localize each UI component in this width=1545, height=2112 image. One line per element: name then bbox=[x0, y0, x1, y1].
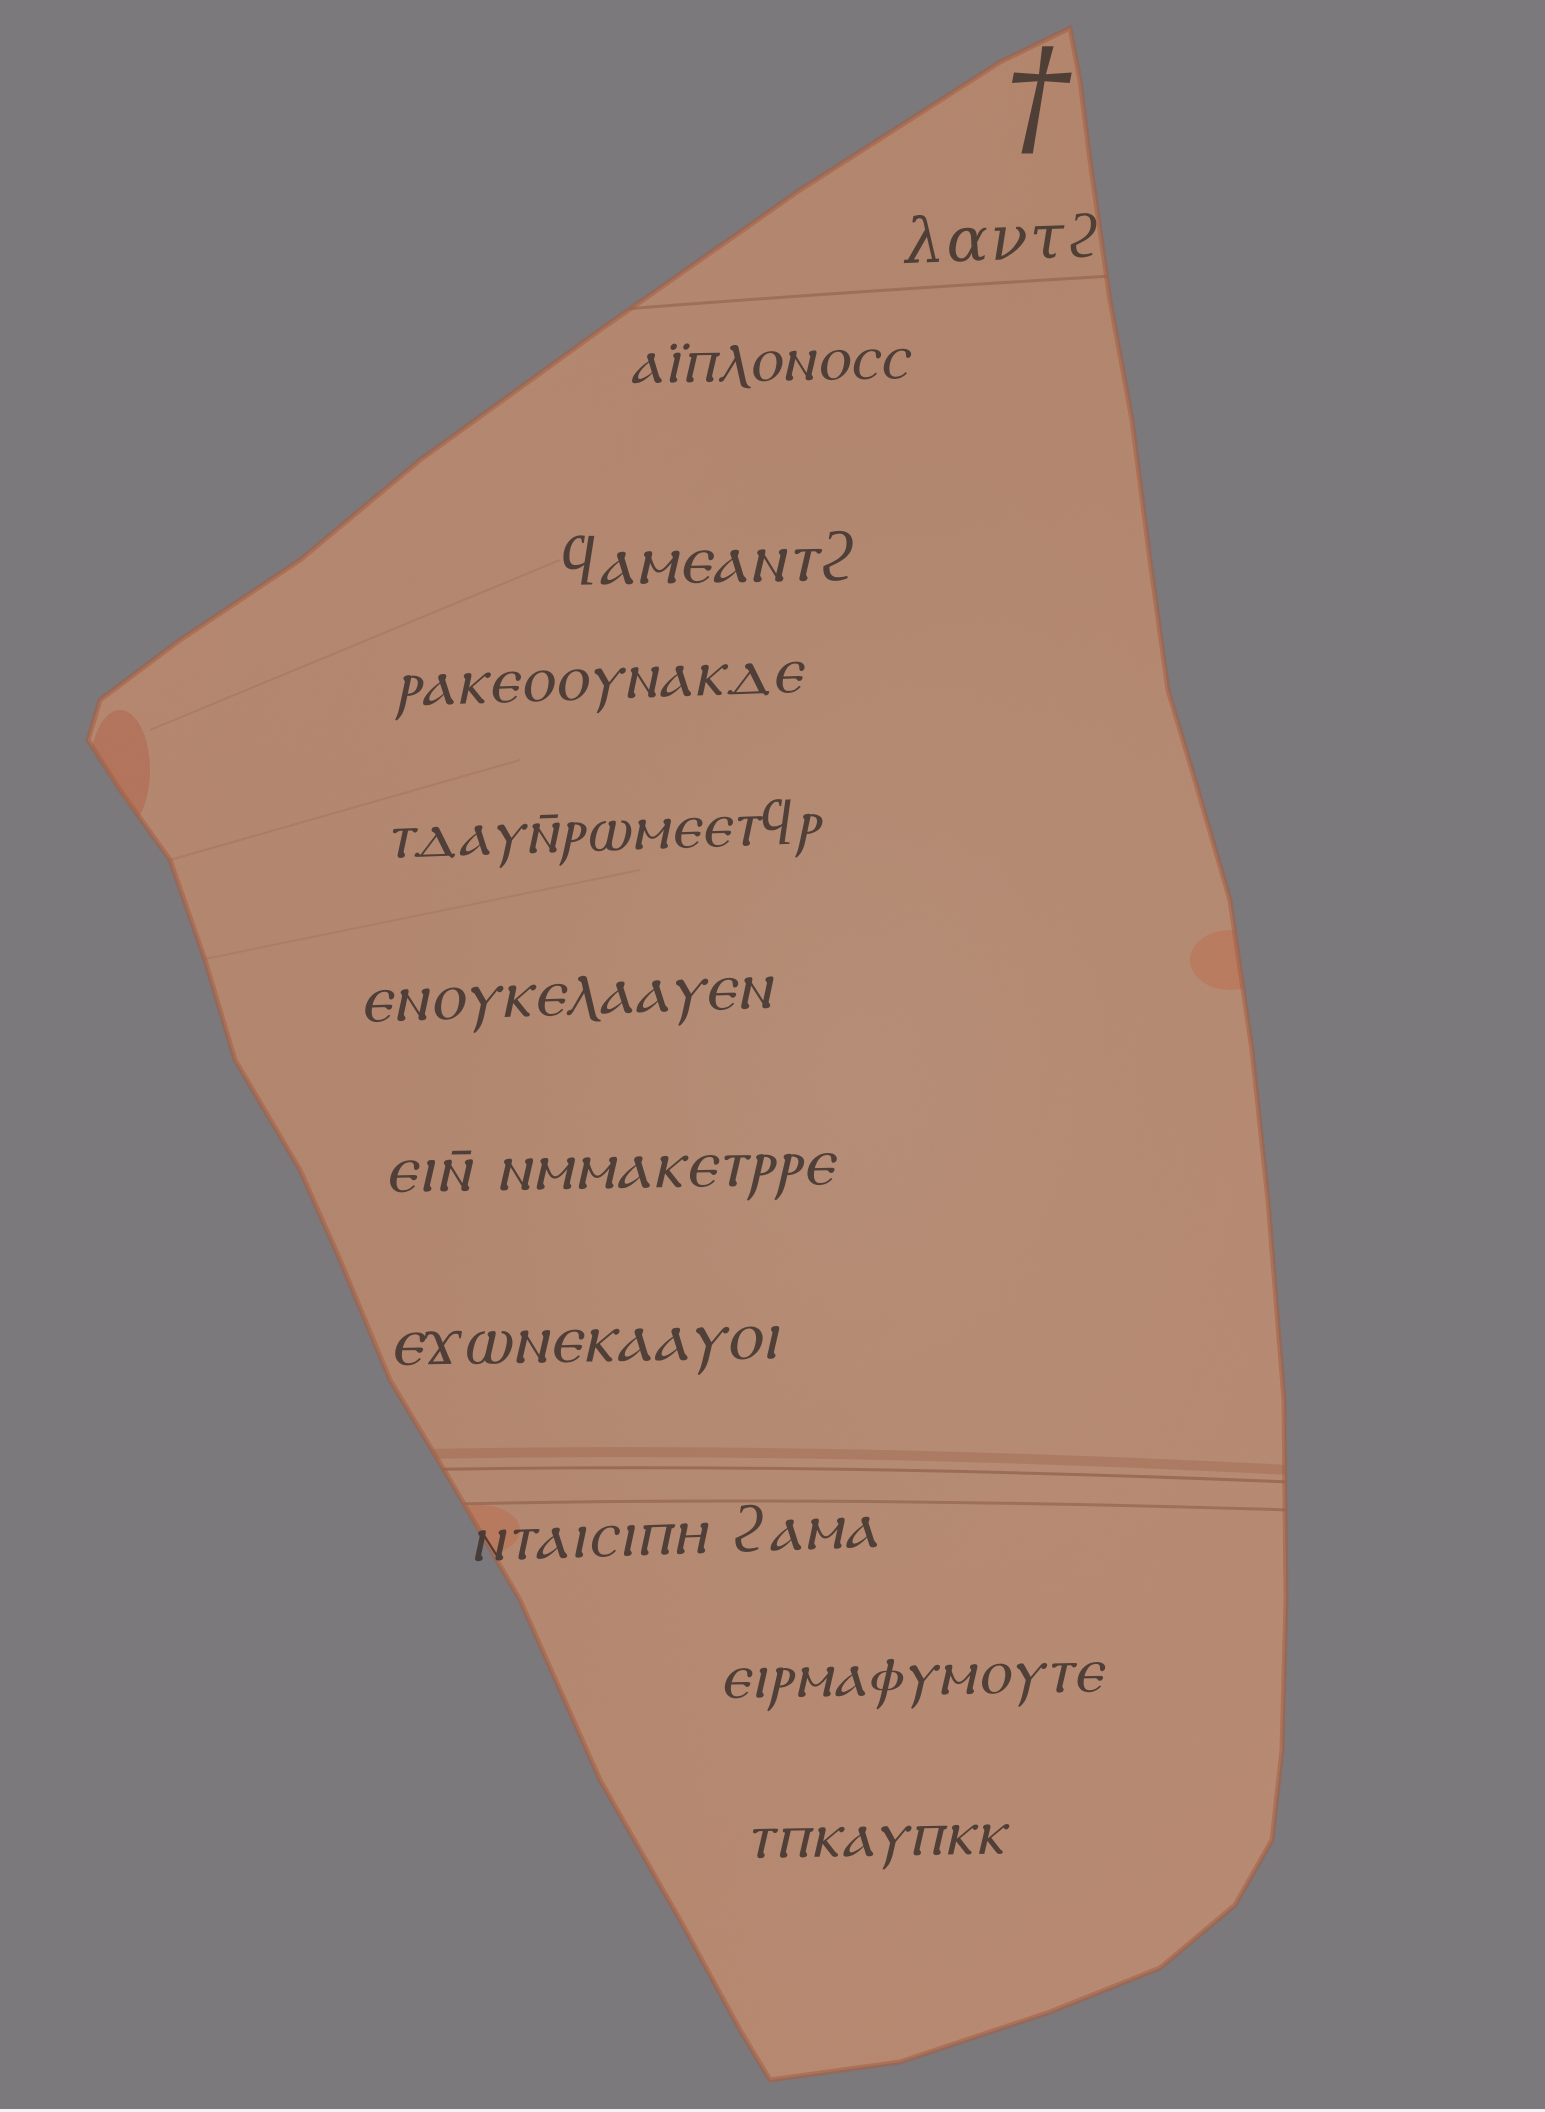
inscription-line-5: ⲧⲇⲁⲩⲛ̄ⲣⲱⲙⲉⲉⲧϥⲣ bbox=[384, 785, 822, 874]
inscription-cross: † bbox=[1005, 20, 1072, 172]
inscription-line-11: ⲧⲡⲕⲁⲩⲡⲕⲕ bbox=[744, 1795, 1006, 1874]
inscription-line-8: ⲉϫⲱⲛⲉⲕⲁⲁⲩⲟⲓ bbox=[389, 1293, 780, 1383]
inscription-line-4: ⲣⲁⲕⲉⲟⲟⲩⲛⲁⲕⲇⲉ bbox=[394, 631, 804, 724]
inscription-line-7: ⲉⲓⲛ̄ ⲛⲙⲙⲁⲕⲉⲧⲣⲣⲉ bbox=[384, 1122, 835, 1210]
inscription-line-3: ϥⲁⲙⲉⲁⲛⲧϩ bbox=[559, 515, 859, 603]
inscription-line-2: ⲁⲓ̈ⲡⲗⲟⲛⲟⲥⲥ bbox=[629, 320, 909, 399]
inscription-line-6: ⲉⲛⲟⲩⲕⲉⲗⲁⲁⲩⲉⲛ bbox=[359, 946, 774, 1040]
inscription-line-9: ⲛⲧⲁⲓⲥⲓⲡⲏ ϩⲁⲙⲁ bbox=[469, 1486, 881, 1579]
ostracon-sherd bbox=[0, 0, 1545, 2112]
inscription-line-10: ⲉⲓⲣⲙⲁⲫⲩⲙⲟⲩⲧⲉ bbox=[719, 1633, 1103, 1714]
inscription-line-1: λαντϩ bbox=[904, 198, 1103, 279]
